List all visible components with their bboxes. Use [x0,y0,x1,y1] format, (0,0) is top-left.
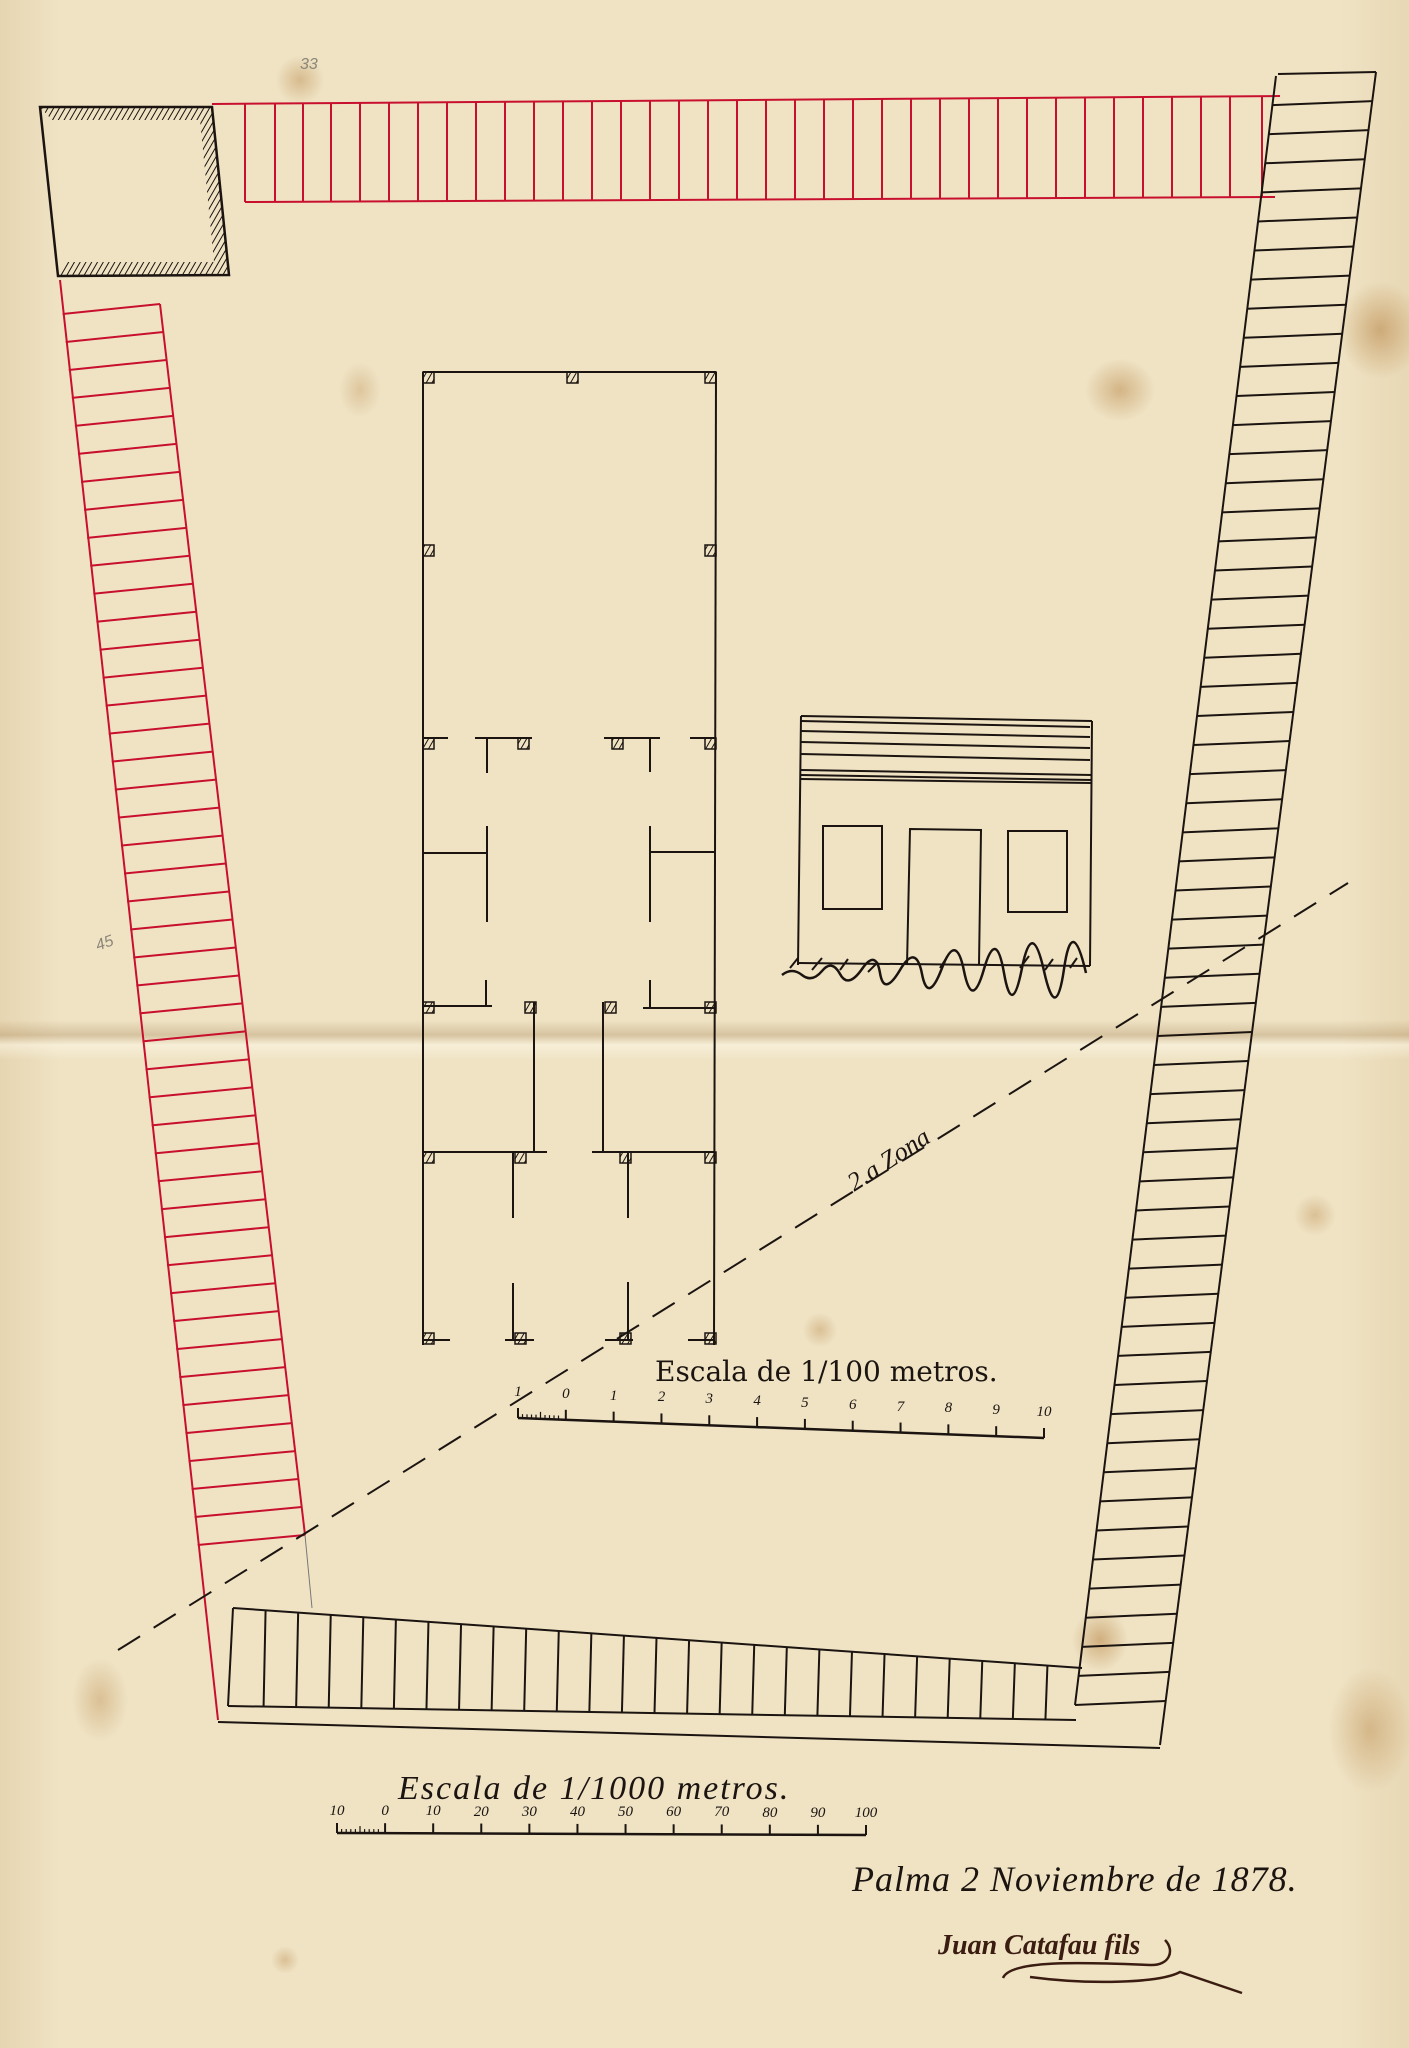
signature: Juan Catafau fils [938,1930,1140,1962]
site-plan-drawing [0,0,1409,2048]
scale-tick-label: 50 [618,1804,633,1821]
scale-tick-label: 80 [762,1805,777,1822]
scale-tick-label: 6 [849,1397,857,1414]
pencil-page-number-top: 33 [300,56,318,74]
scale-tick-label: 60 [666,1804,681,1821]
scale-tick-label: 70 [714,1804,729,1821]
scale-tick-label: 100 [855,1805,878,1822]
scale-tick-label: 7 [897,1399,905,1416]
bottom-black-strip [218,1535,1160,1748]
scale-tick-label: 5 [801,1395,809,1412]
scale-large-title: Escala de 1/1000 metros. [398,1770,790,1808]
top-red-strip [212,96,1280,202]
floor-plan [423,372,716,1345]
front-elevation [782,716,1092,998]
scale-tick-label: 90 [810,1805,825,1822]
scale-tick-label: 0 [381,1803,389,1820]
scale-tick-label: 4 [753,1393,761,1410]
scale-tick-label: 1 [514,1384,522,1401]
scale-tick-label: 30 [522,1804,537,1821]
scale-tick-label: 20 [474,1804,489,1821]
hatched-square-structure [40,107,229,276]
scale-tick-label: 3 [706,1391,714,1408]
scale-tick-label: 10 [330,1803,345,1820]
right-black-strip [1075,72,1376,1745]
scale-tick-label: 8 [945,1400,953,1417]
scale-tick-label: 9 [992,1402,1000,1419]
scale-tick-label: 40 [570,1804,585,1821]
scale-bar-1-100 [0,0,1044,1438]
scale-tick-label: 10 [1037,1404,1052,1421]
scale-tick-label: 0 [562,1386,570,1403]
scale-bar-1-1000 [337,1833,866,1835]
left-red-strip [60,280,305,1720]
scale-small-title: Escala de 1/100 metros. [655,1355,998,1388]
document-sheet: 33 45 2.a Zona Escala de 1/100 metros. 1… [0,0,1409,2048]
scale-tick-label: 1 [610,1388,618,1405]
scale-tick-label: 2 [658,1389,666,1406]
scale-tick-label: 10 [426,1803,441,1820]
place-and-date: Palma 2 Noviembre de 1878. [852,1858,1298,1900]
